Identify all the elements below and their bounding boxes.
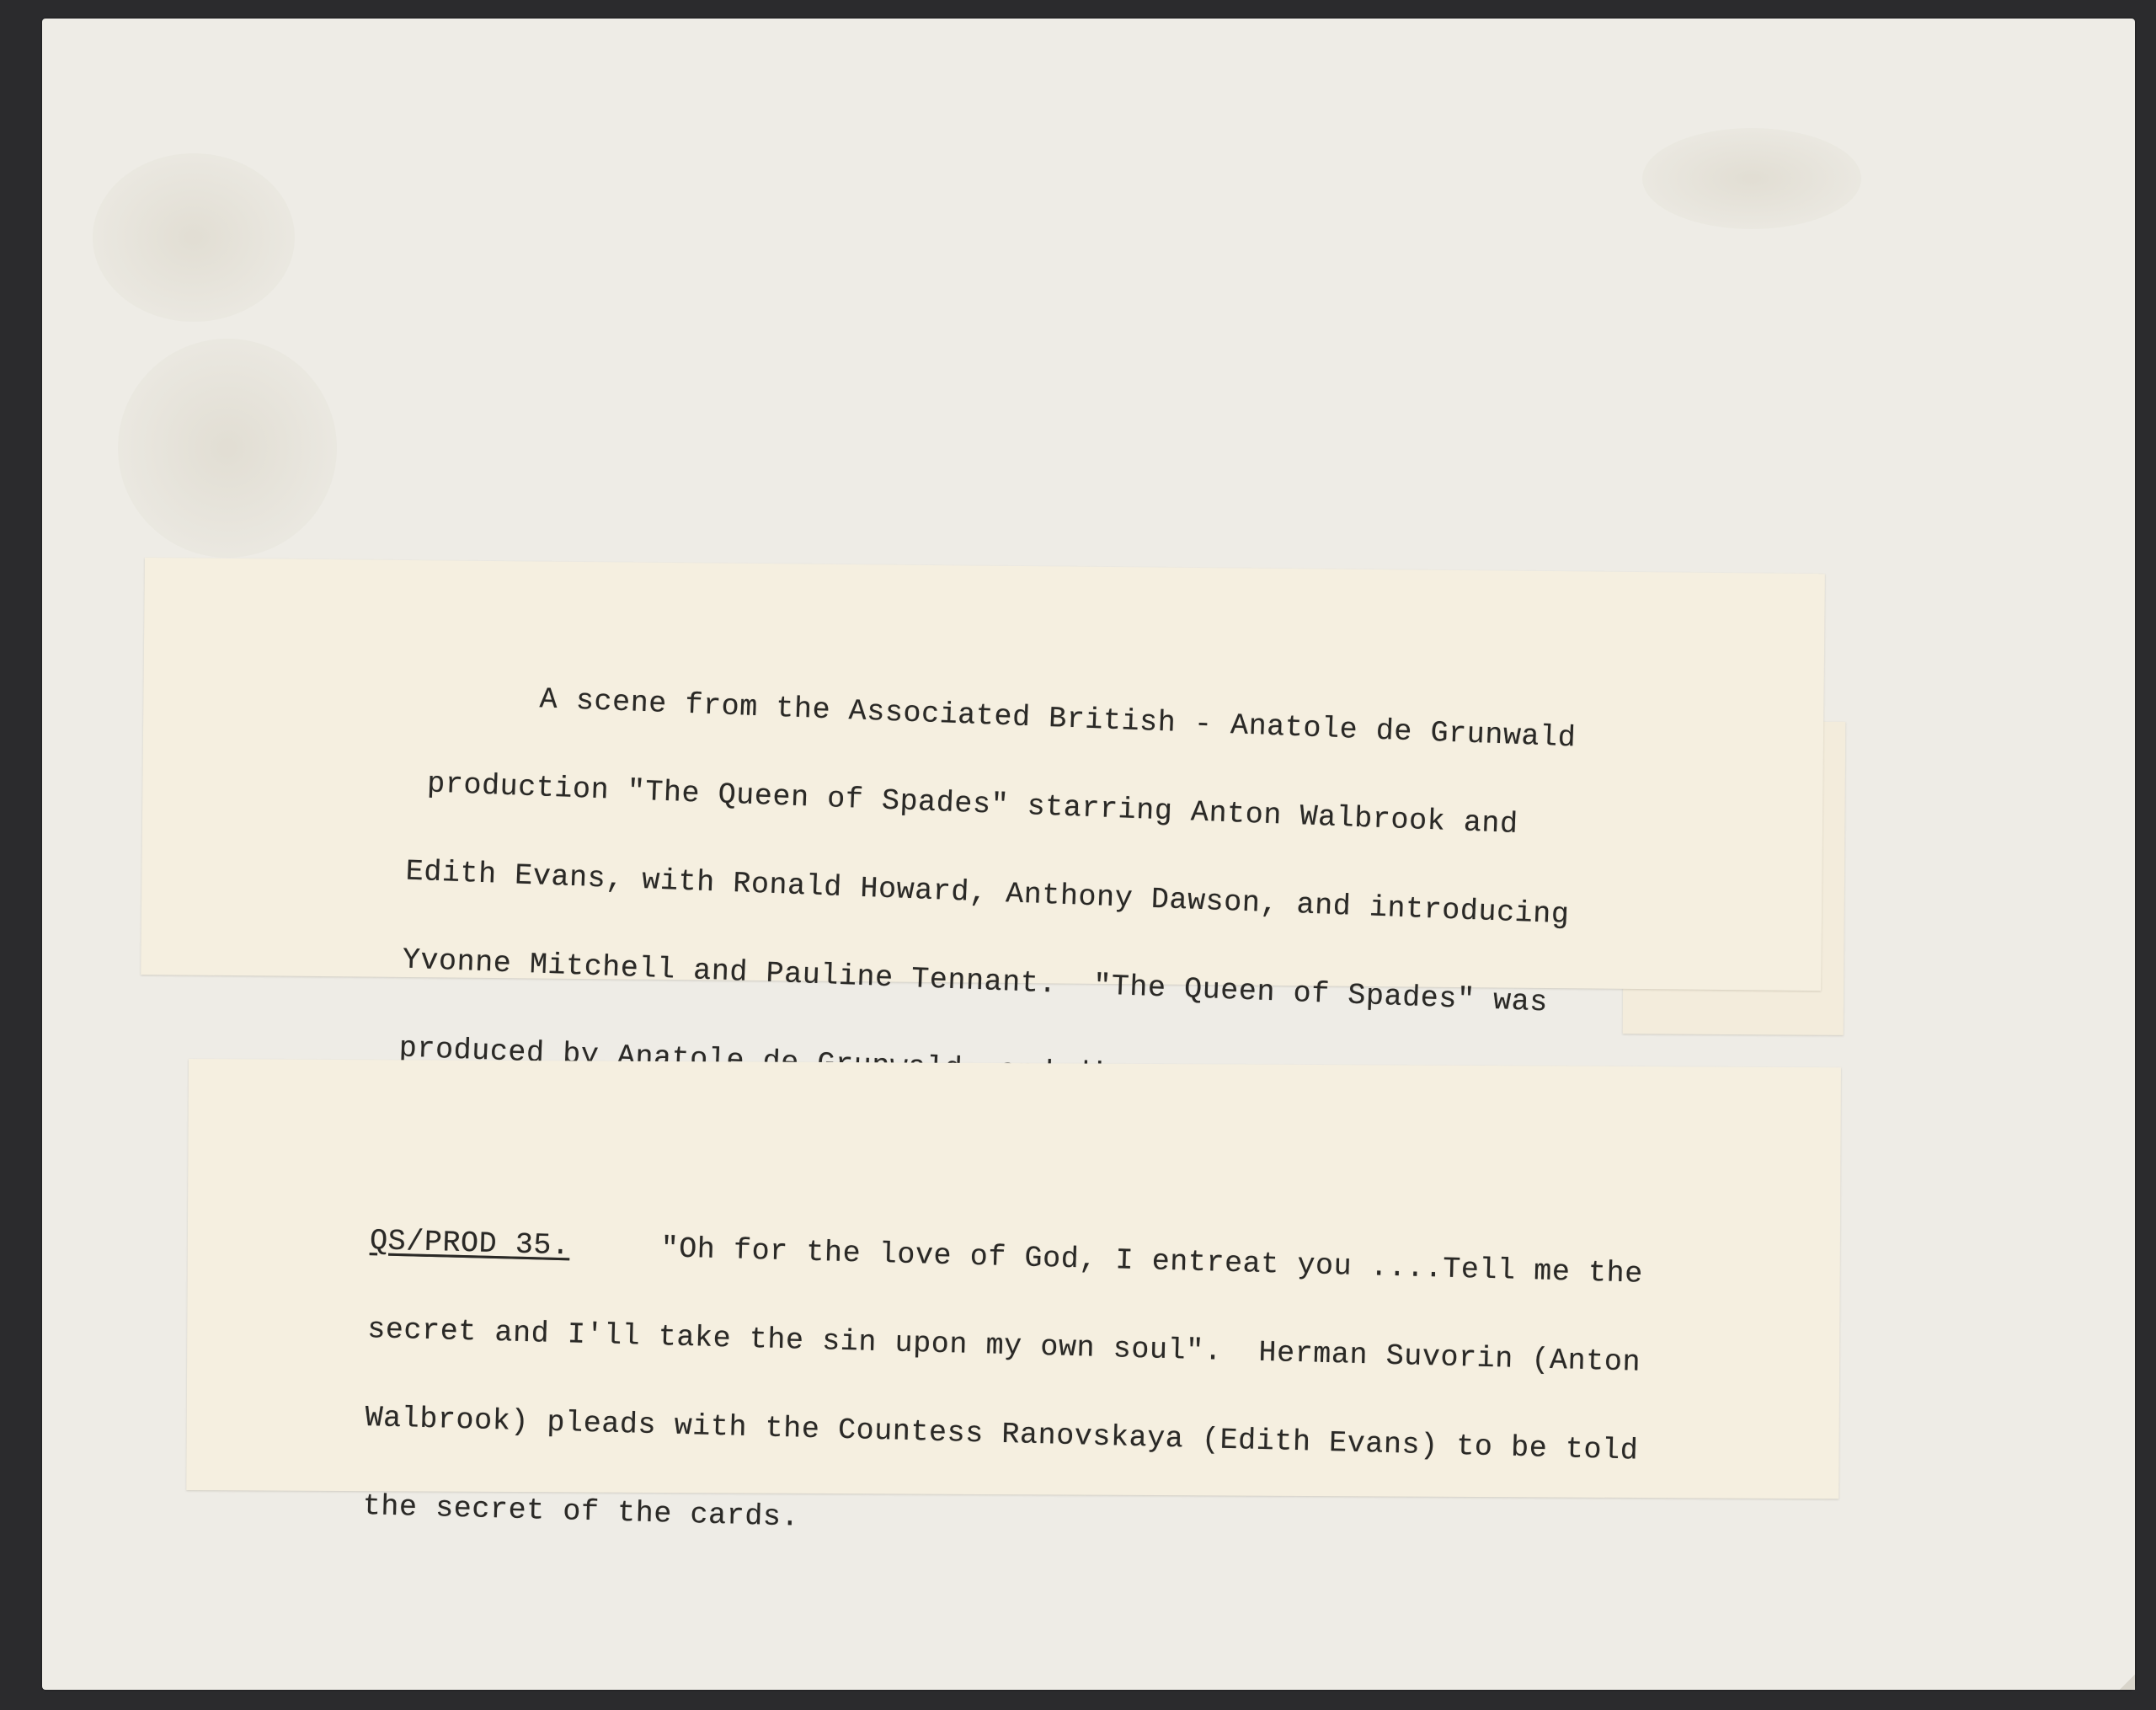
corner-fold xyxy=(2120,1675,2135,1690)
caption-strip-lower: QS/PROD 35. "Oh for the love of God, I e… xyxy=(186,1059,1841,1499)
lower-caption-text: QS/PROD 35. "Oh for the love of God, I e… xyxy=(361,1168,1646,1613)
quote-start: "Oh for the love of God, I entreat you xyxy=(569,1229,1353,1283)
quote-start-tail: ....Tell me the xyxy=(1352,1250,1644,1291)
caption-line: secret and I'll take the sin upon my own… xyxy=(367,1315,1641,1378)
paper-stain xyxy=(93,153,295,322)
caption-strip-upper: A scene from the Associated British - An… xyxy=(141,558,1825,991)
caption-line: Walbrook) pleads with the Countess Ranov… xyxy=(365,1403,1639,1467)
paper-stain xyxy=(1642,128,1861,229)
caption-line: A scene from the Associated British - An… xyxy=(393,680,1630,756)
caption-line: Edith Evans, with Ronald Howard, Anthony… xyxy=(387,857,1624,932)
caption-line-first: QS/PROD 35. "Oh for the love of God, I e… xyxy=(370,1226,1644,1290)
caption-line: production "The Queen of Spades" starrin… xyxy=(390,768,1627,844)
reference-number: QS/PROD 35. xyxy=(370,1224,571,1263)
paper-stain xyxy=(118,339,337,558)
caption-line: the secret of the cards. xyxy=(362,1492,1636,1555)
caption-line: Yvonne Mitchell and Pauline Tennant. "Th… xyxy=(384,945,1621,1021)
